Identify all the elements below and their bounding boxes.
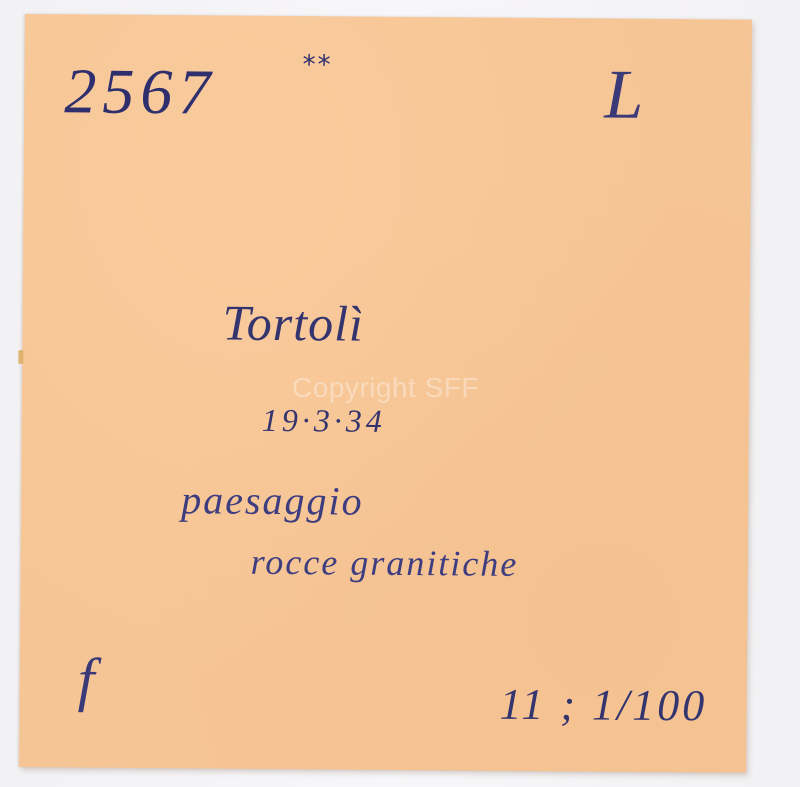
paper-stain bbox=[18, 350, 23, 364]
scan-background: 2567 ** L Tortolì 19·3·34 paesaggio rocc… bbox=[0, 0, 800, 787]
exposure-settings: 11 ; 1/100 bbox=[499, 683, 707, 729]
subject-line-1: paesaggio bbox=[181, 480, 364, 521]
place-name: Tortolì bbox=[222, 298, 364, 349]
star-marks-icon: ** bbox=[302, 50, 332, 80]
date: 19·3·34 bbox=[262, 404, 386, 437]
catalog-number-text: 2567 bbox=[64, 55, 217, 127]
copyright-watermark: Copyright SFF bbox=[292, 372, 479, 404]
series-letter: L bbox=[604, 61, 645, 131]
format-mark: f bbox=[78, 649, 97, 709]
subject-line-2: rocce granitiche bbox=[251, 544, 519, 582]
catalog-number: 2567 bbox=[64, 59, 216, 124]
